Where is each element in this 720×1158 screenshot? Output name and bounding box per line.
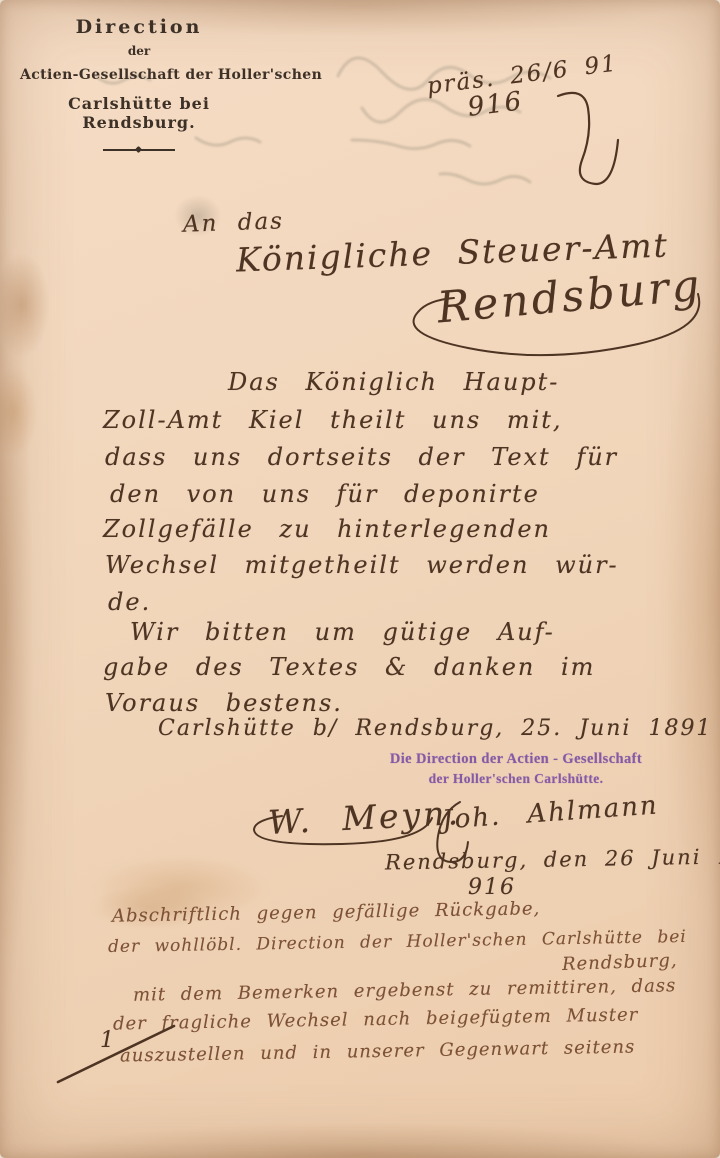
letterhead: Direction der Actien-Gesellschaft der Ho…: [20, 16, 258, 152]
filing-mark-slash: [52, 1018, 182, 1088]
divider-dot: [135, 146, 142, 153]
body-line: dass uns dortseits der Text für: [105, 443, 618, 471]
scanned-letter-page: Direction der Actien-Gesellschaft der Ho…: [0, 0, 720, 1158]
body-line: Zollgefälle zu hinterlegenden: [103, 515, 551, 543]
registry-number: 916: [468, 875, 516, 900]
body-line: Wechsel mitgetheilt werden wür-: [105, 551, 619, 579]
body-line: den von uns für deponirte: [110, 480, 540, 508]
annotation-line: Abschriftlich gegen gefällige Rückgabe,: [112, 898, 541, 926]
letterhead-line3: Actien-Gesellschaft der Holler'schen: [20, 67, 258, 83]
letterhead-divider: [103, 147, 175, 152]
stamp-line2: der Holler'schen Carlshütte.: [330, 771, 702, 787]
letterhead-line2: der: [20, 44, 258, 58]
body-line: Voraus bestens.: [105, 689, 343, 717]
body-line: Wir bitten um gütige Auf-: [130, 618, 555, 646]
signature-meyn-flourish: [248, 812, 438, 848]
stamp-line1: Die Direction der Actien - Gesellschaft: [330, 751, 702, 768]
body-line: Zoll-Amt Kiel theilt uns mit,: [103, 406, 563, 434]
annotation-line: mit dem Bemerken ergebenst zu remittiren…: [133, 975, 677, 1005]
body-line: de.: [108, 588, 151, 616]
letterhead-line4: Carlshütte bei Rendsburg.: [20, 94, 258, 132]
address-flourish: [398, 280, 708, 360]
company-stamp: Die Direction der Actien - Gesellschaft …: [330, 751, 702, 787]
body-line: Das Königlich Haupt-: [228, 368, 559, 396]
body-line: gabe des Textes & danken im: [103, 653, 595, 681]
annotation-line: der fragliche Wechsel nach beigefügtem M…: [113, 1004, 639, 1034]
annotation-line: auszustellen und in unserer Gegenwart se…: [120, 1037, 636, 1067]
body-dateline: Carlshütte b/ Rendsburg, 25. Juni 1891: [158, 716, 712, 741]
address-salutation: An das: [183, 208, 285, 238]
letterhead-line1: Direction: [20, 16, 258, 38]
received-note-paraph: [530, 88, 640, 198]
annotation-line: Rendsburg,: [562, 950, 678, 975]
